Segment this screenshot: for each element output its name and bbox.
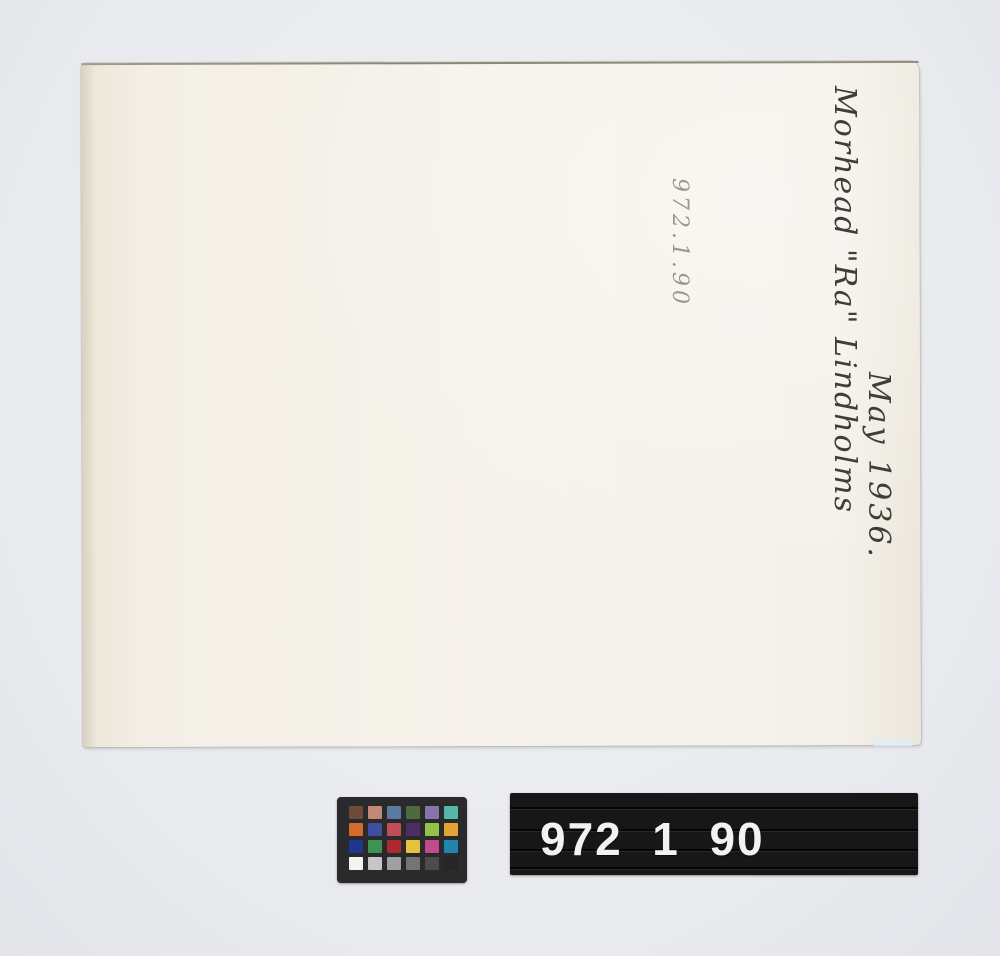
color-swatch (425, 857, 439, 870)
color-swatch (349, 857, 363, 870)
color-swatch (387, 857, 401, 870)
color-swatch (406, 806, 420, 819)
mount-tab (873, 738, 913, 746)
color-swatch (425, 823, 439, 836)
color-swatch (349, 823, 363, 836)
color-swatch (368, 806, 382, 819)
color-checker-card (337, 797, 467, 883)
color-swatch (349, 806, 363, 819)
color-swatch (368, 823, 382, 836)
color-swatch (406, 857, 420, 870)
color-swatch (444, 806, 458, 819)
accession-number-board: 972 1 90 (510, 793, 918, 875)
color-swatch (349, 840, 363, 853)
color-swatch (425, 806, 439, 819)
handwritten-inscription-date: May 1936. (861, 372, 896, 560)
board-groove (510, 807, 918, 809)
photograph-verso (81, 61, 921, 747)
color-swatch (387, 806, 401, 819)
color-swatch (444, 840, 458, 853)
color-swatch (368, 840, 382, 853)
accession-number: 972 1 90 (540, 812, 765, 866)
color-swatch (425, 840, 439, 853)
color-swatch (406, 823, 420, 836)
color-swatch (444, 857, 458, 870)
color-swatch (444, 823, 458, 836)
board-groove (510, 867, 918, 869)
catalog-number-pencil: 972.1.90 (662, 178, 692, 298)
handwritten-inscription-location: Morhead "Ra" Lindholms (827, 86, 862, 514)
color-swatch (387, 840, 401, 853)
color-swatch (387, 823, 401, 836)
color-swatch (406, 840, 420, 853)
color-swatch (368, 857, 382, 870)
